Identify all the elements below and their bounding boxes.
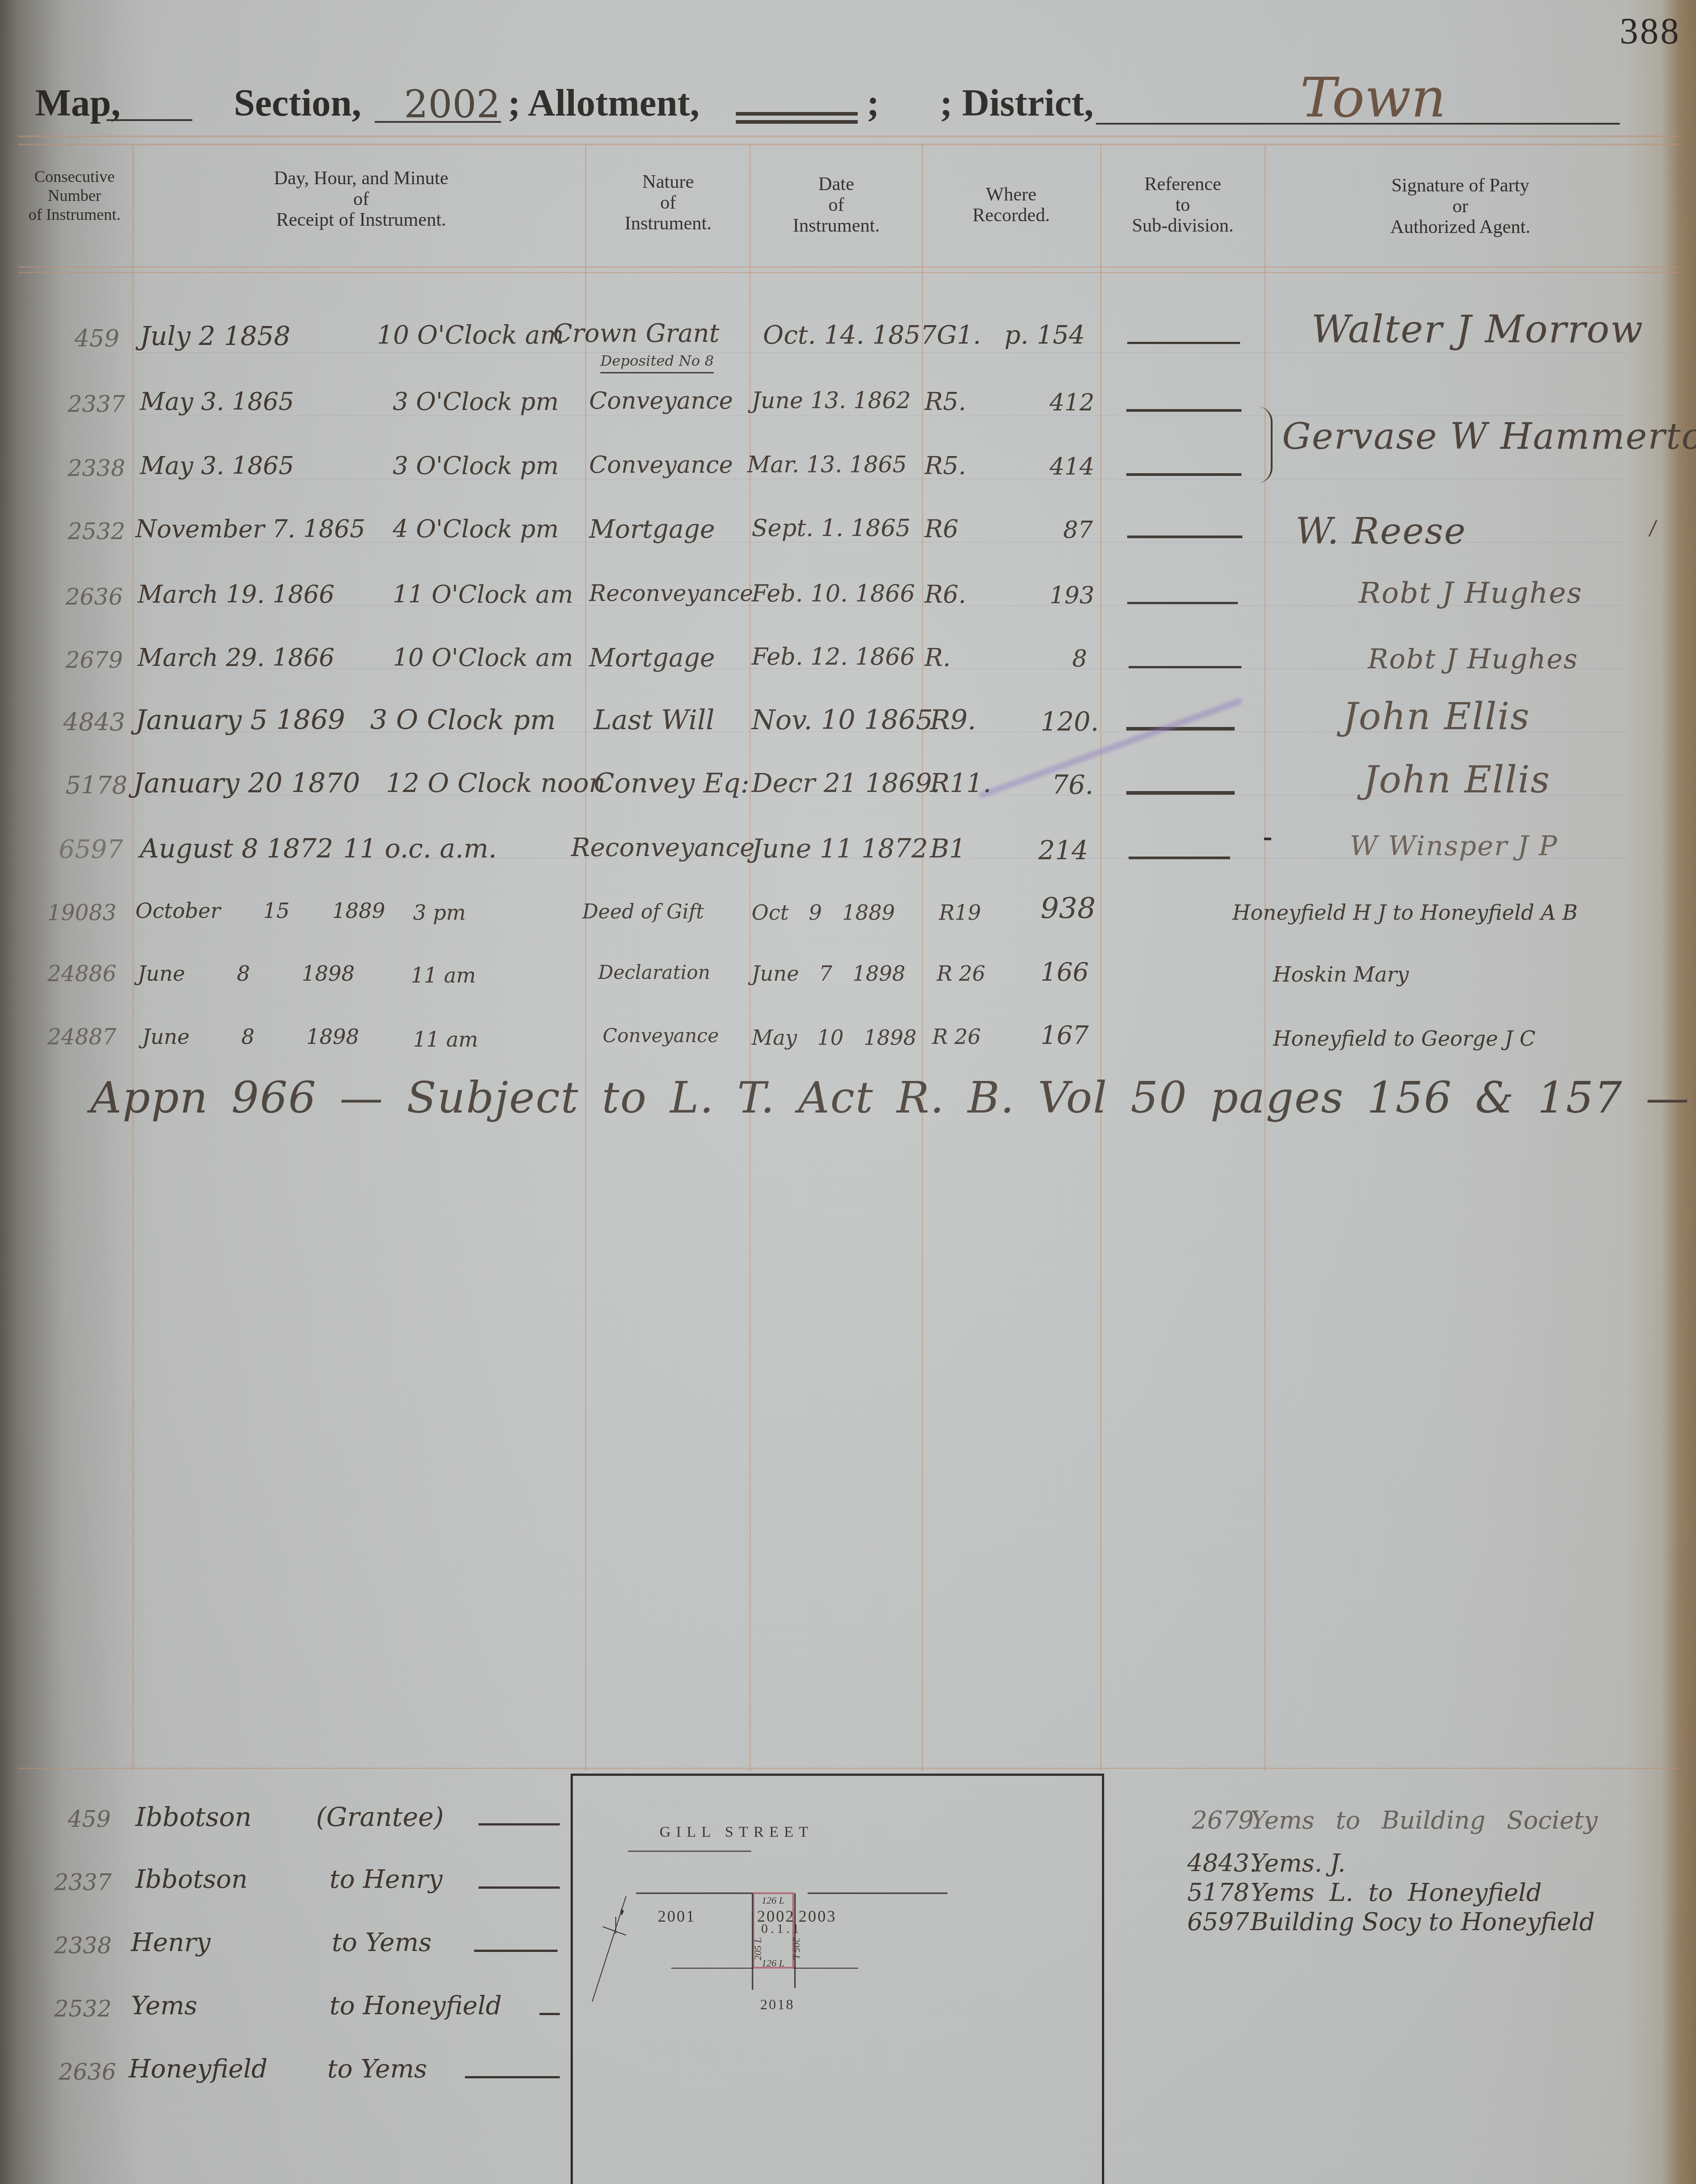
transfer-dash [474,1950,558,1952]
entry-date: June 11 1872 [752,833,928,864]
dash-mark [1264,838,1271,840]
entry-signature: Walter J Morrow [1311,307,1644,351]
col-header-recorded: Where Recorded. [923,184,1099,226]
transfer-from: Henry [131,1928,210,1957]
entry-date: Feb. 10. 1866 [752,580,915,607]
entry-number: 2532 [68,518,125,545]
entry-page: 120. [1041,706,1099,737]
entry-date: June 13. 1862 [752,387,911,414]
entry-signature: Honeyfield H J to Honeyfield A B [1232,900,1578,925]
entry-date: May 10 1898 [752,1025,916,1050]
transfer-number: 2679 [1192,1806,1254,1835]
transfer-from: Yems [131,1991,197,2021]
entry-page: 76. [1052,769,1093,800]
entry-number: 5178 [65,771,127,800]
entry-book: R5. [925,387,966,416]
transfer-number: 5178 [1187,1878,1249,1907]
subdivision-dash [1127,342,1240,344]
entry-book: R11. [930,768,991,798]
entry-day: January 5 1869 [135,704,345,736]
col-header-line: Receipt of Instrument. [199,210,524,230]
entry-page: 412 [1050,389,1094,416]
entry-hour: 3 O'Clock pm [393,387,559,416]
plan-frontage-bottom: 126 L [762,1957,785,1969]
col-header-line: Sub-division. [1101,215,1264,236]
entry-book: R6 [925,515,958,543]
entry-day: January 20 1870 [133,768,360,799]
entry-nature: Convey Eq: [594,768,749,799]
entry-page: 938 [1041,892,1096,926]
margin-tick [1649,520,1658,537]
col-header-line: Number [18,186,131,205]
allotment-blank [736,112,858,116]
entry-nature: Conveyance [603,1024,719,1047]
entry-page: 8 [1072,645,1087,672]
table-row: 459 July 2 1858 10 O'Clock am Crown Gran… [0,321,1696,384]
entry-day: November 7. 1865 [135,515,365,543]
map-underline [107,119,192,121]
entry-number: 24887 [47,1024,116,1050]
district-value: Town [1300,67,1446,130]
transfer-from: Ibbotson [135,1802,251,1832]
plan-street-name: GILL STREET [660,1824,813,1841]
entry-number: 2338 [68,455,125,481]
entry-day: August 8 1872 [140,833,333,864]
entry-hour: 11 am [413,1027,478,1052]
entry-number: 459 [74,325,119,352]
entry-nature: Conveyance [589,387,733,414]
transfer-dash [479,1886,560,1889]
entry-page: 166 [1041,958,1089,987]
entry-day: June 8 1898 [138,961,355,986]
table-row: 5178 January 20 1870 12 O Clock noon Con… [0,768,1696,831]
col-header-line: Recorded. [923,205,1099,226]
entry-hour: 4 O'Clock pm [393,515,559,543]
entry-book: R 26 [937,961,985,986]
col-header-subdivision: Reference to Sub-division. [1101,174,1264,236]
entry-hour: 10 O'Clock am [377,321,564,350]
entry-number: 19083 [47,900,116,926]
col-header-line: or [1309,196,1612,217]
entry-nature: Mortgage [589,643,715,673]
col-header-line: to [1101,195,1264,215]
entry-day: October 15 1889 [135,899,385,923]
entry-number: 4843 [63,708,125,736]
list-item: 459 Ibbotson (Grantee) [0,1802,569,1856]
entry-date: Nov. 10 1865 [752,704,933,736]
list-item: 2338 Henry to Yems [0,1928,569,1982]
allotment-label: ; Allotment, [508,81,700,125]
entry-nature: Last Will [594,704,715,736]
remark-note: Appn 966 — Subject to L. T. Act R. B. Vo… [90,1072,1690,1123]
entry-book: R5. [925,452,966,480]
subdivision-dash [1129,857,1230,859]
entry-nature: Conveyance [589,452,733,479]
district-underline [1096,123,1620,125]
col-header-line: of [587,192,749,213]
entry-date: Mar. 13. 1865 [747,452,907,478]
transfer-list-right: 2679 Yems to Building Society 4843. Yems… [1183,1806,1679,1987]
table-row: 4843 January 5 1869 3 O Clock pm Last Wi… [0,704,1696,768]
entry-hour: 11 am [411,963,476,987]
transfer-number: 2338 [54,1933,112,1959]
transfer-to: (Grantee) [316,1802,444,1832]
entry-page: 214 [1038,835,1088,866]
col-header-line: Reference [1101,174,1264,195]
plan-lot-right: 2003 [799,1907,836,1926]
entry-nature: Crown Grant [553,319,720,348]
transfer-list-left: 459 Ibbotson (Grantee) 2337 Ibbotson to … [0,1788,569,2176]
entry-signature: W Winsper J P [1350,830,1558,862]
transfer-to: to Honeyfield [330,1991,502,2021]
transfer-text: Yems L. to Honeyfield [1250,1878,1542,1907]
entry-signature: John Ellis [1343,695,1530,738]
entry-nature: Mortgage [589,515,715,544]
col-header-date: Date of Instrument. [752,174,921,236]
page-number: 388 [1620,10,1681,52]
table-row: 2338 May 3. 1865 3 O'Clock pm Conveyance… [0,452,1696,515]
colhead-rule-top [18,266,1679,268]
entry-signature: Robt J Hughes [1359,577,1583,610]
transfer-number: 2337 [54,1869,112,1895]
entry-number: 2337 [68,391,125,417]
transfer-from: Ibbotson [135,1865,248,1894]
entry-signature: Honeyfield to George J C [1273,1026,1535,1051]
header-rule-bottom [18,144,1679,145]
district-label: ; District, [940,81,1094,125]
col-header-line: of Instrument. [18,205,131,224]
subdivision-dash [1129,666,1241,668]
transfer-to: to Henry [330,1865,442,1894]
transfer-text: Building Socy to Honeyfield [1250,1908,1595,1936]
entry-date: Oct. 14. 1857 [763,321,937,350]
entry-signature: Hoskin Mary [1273,962,1409,987]
entry-day: June 8 1898 [142,1024,359,1049]
entry-day: May 3. 1865 [140,387,294,416]
entry-number: 6597 [59,835,123,864]
entry-number: 2679 [65,647,123,673]
entry-book: R19 [939,900,981,925]
transfer-number: 459 [68,1806,111,1832]
entry-signature: John Ellis [1363,759,1551,801]
subdivision-dash [1127,536,1242,538]
entry-nature: Deed of Gift [582,900,704,923]
entry-book: R9. [930,704,976,736]
entry-date: Sept. 1. 1865 [752,515,911,542]
plan-lot-left: 2001 [658,1907,696,1926]
transfer-to: to Yems [332,1928,432,1957]
transfer-number: 4843. [1187,1849,1257,1877]
entry-page: 167 [1041,1021,1089,1050]
entry-nature: Declaration [598,961,710,983]
transfer-number: 6597 [1187,1908,1249,1936]
entry-nature-note: Deposited No 8 [600,352,714,373]
plan-depth-right: 205 L [790,1937,802,1960]
entry-hour: 3 O Clock pm [370,704,556,736]
plan-area: 0.1.1 [761,1921,802,1937]
col-header-line: of [199,189,524,210]
list-item: 6597 Building Socy to Honeyfield [1183,1908,1679,1944]
col-header-line: Where [923,184,1099,205]
entry-page: 414 [1050,453,1094,480]
table-row: 19083 October 15 1889 3 pm Deed of Gift … [0,899,1696,962]
entry-book: R 26 [932,1024,981,1049]
transfer-text: Yems to Building Society [1250,1806,1598,1835]
list-item: 2636 Honeyfield to Yems [0,2054,569,2109]
transfer-dash [465,2076,560,2078]
entry-book: R. [925,643,951,672]
bottom-section-rule [18,1768,1679,1769]
entry-hour: 10 O'Clock am [393,643,573,672]
subdivision-dash [1126,727,1235,731]
ledger-page: 388 Map, Section, 2002 ; Allotment, ; ; … [0,0,1696,2184]
header-rule-top [18,135,1679,137]
entry-signature: W. Reese [1296,510,1466,552]
section-underline [375,121,501,123]
transfer-number: 2636 [59,2059,116,2085]
entry-hour: 3 pm [413,900,466,925]
plan-diagram: GILL STREET 2001 2002 2003 0.1.1 126 L 1… [571,1774,1104,2184]
col-header-line: Nature [587,172,749,192]
entry-number: 2636 [65,584,123,610]
section-label: Section, [234,81,361,125]
col-header-nature: Nature of Instrument. [587,172,749,234]
table-row: 2636 March 19. 1866 11 O'Clock am Reconv… [0,580,1696,643]
plan-depth-left: 205 L [752,1937,764,1960]
entry-day: March 29. 1866 [138,643,335,672]
col-header-line: Day, Hour, and Minute [199,168,524,189]
transfer-dash [539,2013,560,2015]
entry-day: July 2 1858 [140,321,290,351]
table-row: 24886 June 8 1898 11 am Declaration June… [0,959,1696,1023]
entry-hour: 11 o.c. a.m. [343,833,497,864]
map-label: Map, [35,81,121,125]
entry-date: Oct 9 1889 [752,900,895,925]
entry-hour: 11 O'Clock am [393,580,573,609]
col-header-line: of [752,195,921,215]
table-row: 2532 November 7. 1865 4 O'Clock pm Mortg… [0,515,1696,578]
list-item: 2679 Yems to Building Society [1183,1806,1679,1842]
transfer-number: 2532 [54,1996,112,2022]
entry-page: 87 [1063,517,1093,544]
entry-signature: Robt J Hughes [1368,643,1578,675]
colhead-rule-bottom [18,272,1679,273]
entry-book: G1. [937,321,981,350]
transfer-dash [479,1823,560,1825]
transfer-text: Yems. J. [1250,1849,1346,1877]
transfer-from: Honeyfield [129,2054,268,2084]
col-header-receipt: Day, Hour, and Minute of Receipt of Inst… [199,168,524,230]
col-header-line: Instrument. [752,215,921,236]
col-header-signature: Signature of Party or Authorized Agent. [1309,175,1612,237]
col-header-line: Authorized Agent. [1309,217,1612,237]
entry-hour: 3 O'Clock pm [393,452,559,480]
col-header-line: Consecutive [18,167,131,186]
entry-number: 24886 [47,961,116,987]
list-item: 2337 Ibbotson to Henry [0,1865,569,1919]
subdivision-dash [1126,409,1241,412]
entry-date: Decr 21 1869. [752,768,940,798]
entry-day: March 19. 1866 [138,580,335,609]
entry-nature: Reconveyance [589,580,753,606]
col-header-line: Date [752,174,921,195]
plan-frontage-top: 126 L [762,1895,785,1906]
list-item: 2532 Yems to Honeyfield [0,1991,569,2045]
col-header-line: Instrument. [587,213,749,234]
transfer-to: to Yems [327,2054,427,2084]
col-header-number: Consecutive Number of Instrument. [18,167,131,224]
col-header-line: Signature of Party [1309,175,1612,196]
plan-lot-rear: 2018 [760,1996,795,2013]
entry-page: 193 [1050,582,1094,609]
entry-hour: 12 O Clock noon [386,768,606,798]
subdivision-dash [1126,791,1235,795]
entry-day: May 3. 1865 [140,452,294,480]
subdivision-dash [1126,473,1241,476]
entry-book: B1 [930,833,966,864]
entry-page: p. 154 [1004,321,1085,350]
entry-date: June 7 1898 [752,961,906,986]
entry-nature: Reconveyance [571,833,755,862]
entry-book: R6. [925,580,966,609]
table-row: 6597 August 8 1872 11 o.c. a.m. Reconvey… [0,833,1696,896]
plan-drawing [573,1776,1102,2184]
subdivision-dash [1127,602,1238,604]
allotment-semicolon: ; [867,81,879,125]
section-value: 2002 [404,82,501,126]
entry-date: Feb. 12. 1866 [752,643,915,671]
